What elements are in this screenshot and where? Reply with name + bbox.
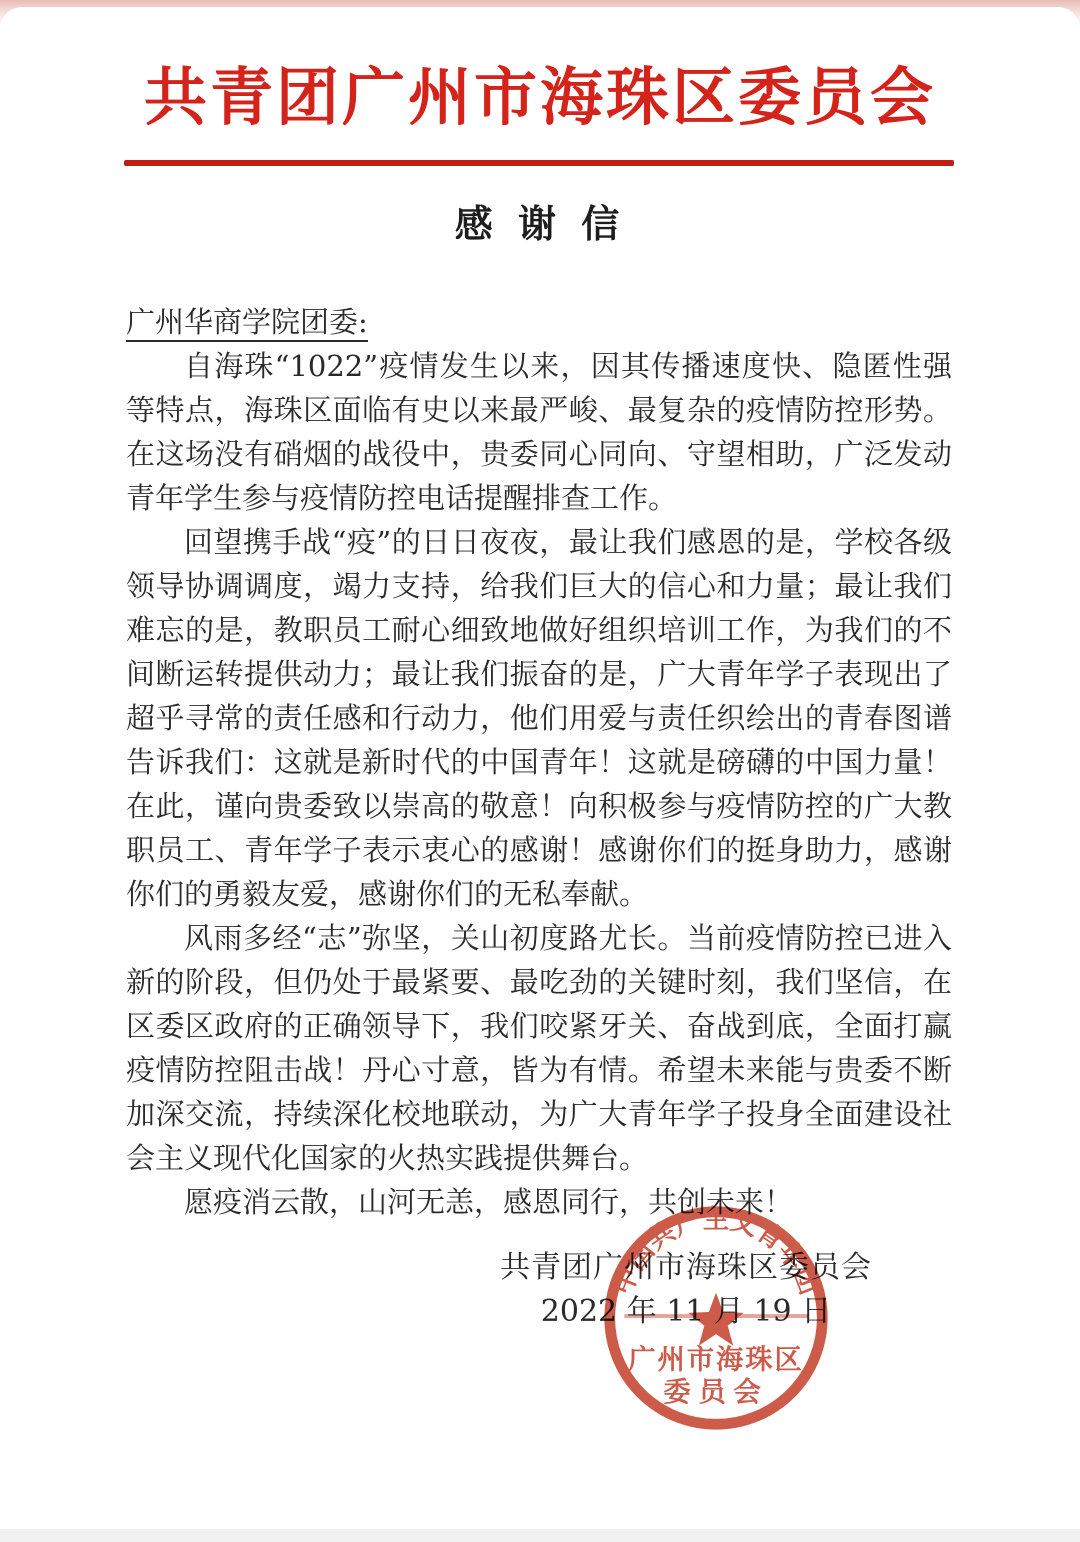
stamp-inner-line2: 委员会 — [663, 1377, 768, 1408]
photo-bottom-edge — [0, 1529, 1080, 1542]
letter-body: 广州华商学院团委: 自海珠“1022”疫情发生以来，因其传播速度快、隐匿性强等特… — [126, 300, 952, 1224]
salutation-text: 广州华商学院团委: — [126, 305, 368, 342]
paragraph-4: 愿疫消云散，山河无恙，感恩同行，共创未来！ — [126, 1180, 952, 1224]
signature-block: 共青团广州市海珠区委员会 2022 年 11 月 19 日 — [500, 1246, 872, 1334]
doc-title: 感 谢 信 — [0, 193, 1080, 248]
salutation: 广州华商学院团委: — [126, 300, 952, 344]
signature-name: 共青团广州市海珠区委员会 — [500, 1246, 872, 1290]
paragraph-1: 自海珠“1022”疫情发生以来，因其传播速度快、隐匿性强等特点，海珠区面临有史以… — [126, 344, 952, 520]
org-title: 共青团广州市海珠区委员会 — [0, 65, 1080, 131]
stamp-inner-line1: 广州市海珠区 — [628, 1345, 803, 1376]
letter-page: 共青团广州市海珠区委员会 感 谢 信 广州华商学院团委: 自海珠“1022”疫情… — [0, 7, 1080, 1529]
paragraph-3: 风雨多经“志”弥坚，关山初度路尤长。当前疫情防控已进入新的阶段，但仍处于最紧要、… — [126, 916, 952, 1180]
paragraph-2: 回望携手战“疫”的日日夜夜，最让我们感恩的是，学校各级领导协调调度，竭力支持，给… — [126, 520, 952, 916]
signature-date: 2022 年 11 月 19 日 — [500, 1290, 872, 1334]
red-divider-rule — [124, 160, 954, 166]
